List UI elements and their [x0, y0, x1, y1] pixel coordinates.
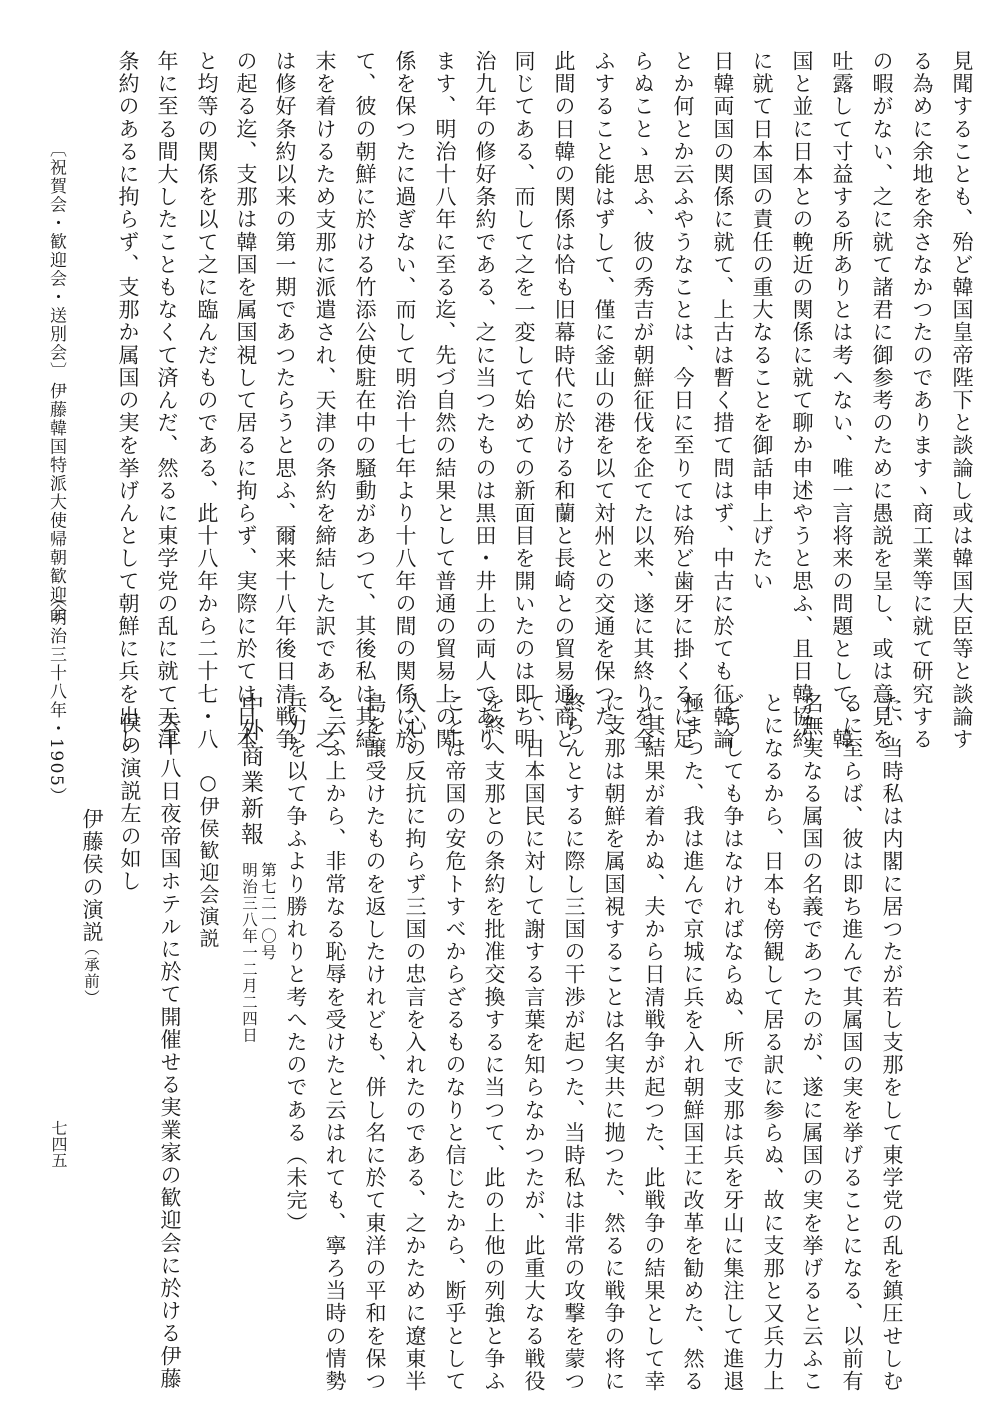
text-column: 日韓両国の関係に就て、上古は暫く措て問はず、中古に於ても征韓論	[711, 50, 735, 751]
text-column: 係を保つたに過ぎない、而して明治十七年より十八年の間の関係に於	[393, 50, 417, 751]
text-column: る為めに余地を余さなかつたのでありますヽ商工業等に就て研究する	[910, 50, 934, 751]
text-column: を終へ支那との条約を批准交換するに当つて、此の上他の列強と争ふ	[482, 692, 506, 1393]
text-column: ことは帝国の安危トすべからざるものなりと信じたから、断乎として	[443, 692, 467, 1393]
text-column: 同じてある、而して之を一変して始めての新面目を開いたのは即ち明	[512, 50, 536, 751]
text-column: 人心の反抗に拘らず三国の忠言を入れたのである、之かために遼東半	[403, 692, 427, 1393]
text-column: ます、明治十八年に至る迄、先づ自然の結果として普通の貿易上の関	[433, 50, 457, 751]
text-column: 名無実なる属国の名義であつたのが、遂に属国の実を挙げると云ふこ	[800, 692, 824, 1393]
text-column: 終らんとするに際し三国の干渉が起つた、当時私は非常の攻撃を蒙つ	[562, 692, 586, 1393]
text-column: に支那は朝鮮を属国視することは名実共に抛つた、然るに戦争の将に	[602, 692, 626, 1393]
subheading-note: （承前）	[82, 940, 100, 1006]
text-column: た、当時私は内閣に居つたが若し支那をして東学党の乱を鎮圧せしむ	[880, 692, 904, 1393]
text-column: の暇がない、之に就て諸君に御参考のために愚説を呈し、或は意見を	[870, 50, 894, 751]
text-column: 吐露して寸益する所ありとは考へない、唯一言将来の問題として、韓	[830, 50, 854, 751]
article-heading: ○伊侯歓迎会演説	[196, 770, 220, 950]
text-column: に其結果が着かぬ、夫から日清戦争が起つた、此戦争の結果として幸	[642, 692, 666, 1393]
text-column: とになるから、日本も傍観して居る訳に参らぬ、故に支那と又兵力上	[761, 692, 785, 1393]
text-column: の起る迄、支那は韓国を属国視して居るに拘らず、実際に於ては日本	[234, 50, 258, 751]
page-number: 七四五	[46, 1120, 70, 1168]
text-column: 兵力を以て争ふより勝れりと考へたのである（未完）	[284, 692, 308, 1234]
text-column: て、日本国民に対して謝する言葉を知らなかつたが、此重大なる戦役	[522, 692, 546, 1393]
intro-line: 去十八日夜帝国ホテルに於て開催せる実業家の歓迎会に於ける伊藤	[158, 712, 182, 1390]
text-column: 見聞することも、殆ど韓国皇帝陛下と談論し或は韓国大臣等と談論す	[950, 50, 974, 751]
text-column: 条約のあるに拘らず、支那か属国の実を挙げんとして朝鮮に兵を出し	[116, 50, 140, 751]
text-column: 末を着けるため支那に派遣され、天津の条約を締結した訳である、之	[313, 50, 337, 751]
text-column: ふすること能はずして、僅に釜山の港を以て対州との交通を保つた、	[592, 50, 616, 751]
text-column: どうしても争はなければならぬ、所で支那は兵を牙山に集注して進退	[721, 692, 745, 1393]
issue-number: 第七二一〇号	[259, 862, 277, 961]
text-column: 年に至る間大したこともなくて済んだ、然るに東学党の乱に就て天津	[155, 50, 179, 751]
running-head-title: 伊藤韓国特派大使帰朝歓迎会	[44, 382, 68, 623]
newspaper-masthead: 中外商業新報	[238, 692, 262, 848]
text-column: 此間の日韓の関係は恰も旧幕時代に於ける和蘭と長崎との貿易通商と	[552, 50, 576, 751]
text-column: と云ふ上から、非常なる恥辱を受けたと云はれても、寧ろ当時の情勢	[323, 692, 347, 1393]
intro-line: 侯の演説左の如し	[118, 712, 142, 893]
text-column: 極まつた、我は進んで京城に兵を入れ朝鮮国王に改革を勧めた、然る	[681, 692, 705, 1393]
text-column: 島を譲受けたものを返したけれども、併し名に於て東洋の平和を保つ	[363, 692, 387, 1393]
speech-subheading: 伊藤侯の演説	[80, 808, 104, 944]
text-column: 国と並に日本との輓近の関係に就て聊か申述やうと思ふ、且日韓協約	[790, 50, 814, 751]
issue-date: 明治三八年一二月二四日	[240, 862, 258, 1044]
text-column: 治九年の修好条約である、之に当つたものは黒田・井上の両人であり	[473, 50, 497, 751]
text-column: と均等の関係を以て之に臨んだものである、此十八年から二十七・八	[195, 50, 219, 751]
running-head-year: （明治三十八年・1905）	[44, 590, 68, 806]
text-column: るに至らば、彼は即ち進んで其属国の実を挙げることになる、以前有	[840, 692, 864, 1393]
text-column: とか何とか云ふやうなことは、今日に至りては殆ど歯牙に掛くるに足	[671, 50, 695, 751]
running-head-section: 〔祝賀会・歓迎会・送別会〕	[44, 140, 68, 381]
text-column: らぬことゝ思ふ、彼の秀吉が朝鮮征伐を企てた以来、遂に其終りを全	[631, 50, 655, 751]
text-column: は修好条約以来の第一期であつたらうと思ふ、爾来十八年後日清戦争	[273, 50, 297, 751]
text-column: て、彼の朝鮮に於ける竹添公使駐在中の騒動があつて、其後私は其結	[353, 50, 377, 751]
text-column: に就て日本国の責任の重大なることを御話申上げたい	[750, 50, 774, 592]
